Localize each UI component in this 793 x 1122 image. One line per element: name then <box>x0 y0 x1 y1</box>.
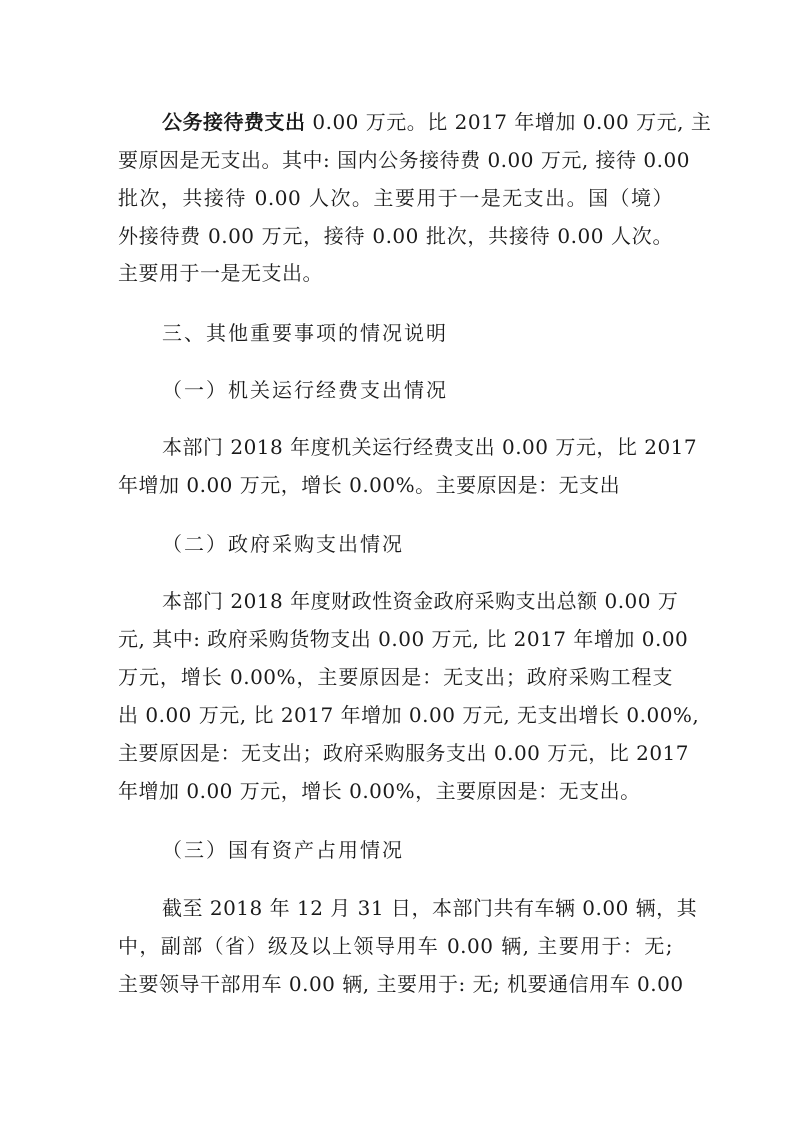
paragraph-reception-line-1: 公务接待费支出 0.00 万元。比 2017 年增加 0.00 万元, 主 <box>162 107 673 137</box>
reception-lead-bold: 公务接待费支出 <box>162 110 306 134</box>
subsection-3-heading: （三）国有资产占用情况 <box>162 835 404 865</box>
sub3-line-3: 主要领导干部用车 0.00 辆, 主要用于: 无; 机要通信用车 0.00 <box>118 969 673 999</box>
sub2-line-5: 主要原因是：无支出；政府采购服务支出 0.00 万元，比 2017 <box>118 738 673 768</box>
sub3-line-1: 截至 2018 年 12 月 31 日，本部门共有车辆 0.00 辆，其 <box>162 893 673 923</box>
sub1-line-1: 本部门 2018 年度机关运行经费支出 0.00 万元，比 2017 <box>162 432 673 462</box>
paragraph-reception-line-2: 要原因是无支出。其中: 国内公务接待费 0.00 万元, 接待 0.00 <box>118 145 673 175</box>
paragraph-reception-line-5: 主要用于一是无支出。 <box>118 258 673 288</box>
subsection-2-heading: （二）政府采购支出情况 <box>162 529 404 559</box>
sub2-line-6: 年增加 0.00 万元，增长 0.00%，主要原因是：无支出。 <box>118 776 673 806</box>
paragraph-reception-line-3: 批次，共接待 0.00 人次。主要用于一是无支出。国（境） <box>118 183 673 213</box>
section-3-heading: 三、其他重要事项的情况说明 <box>162 318 448 348</box>
sub3-line-2: 中，副部（省）级及以上领导用车 0.00 辆, 主要用于：无; <box>118 931 673 961</box>
sub1-line-2: 年增加 0.00 万元，增长 0.00%。主要原因是：无支出 <box>118 470 673 500</box>
sub2-line-3: 万元，增长 0.00%，主要原因是：无支出；政府采购工程支 <box>118 662 673 692</box>
paragraph-reception-line-4: 外接待费 0.00 万元，接待 0.00 批次，共接待 0.00 人次。 <box>118 221 673 251</box>
subsection-1-heading: （一）机关运行经费支出情况 <box>162 375 448 405</box>
sub2-line-1: 本部门 2018 年度财政性资金政府采购支出总额 0.00 万 <box>162 586 673 616</box>
sub2-line-4: 出 0.00 万元, 比 2017 年增加 0.00 万元, 无支出增长 0.0… <box>118 700 673 730</box>
sub2-line-2: 元, 其中: 政府采购货物支出 0.00 万元, 比 2017 年增加 0.00 <box>118 624 673 654</box>
